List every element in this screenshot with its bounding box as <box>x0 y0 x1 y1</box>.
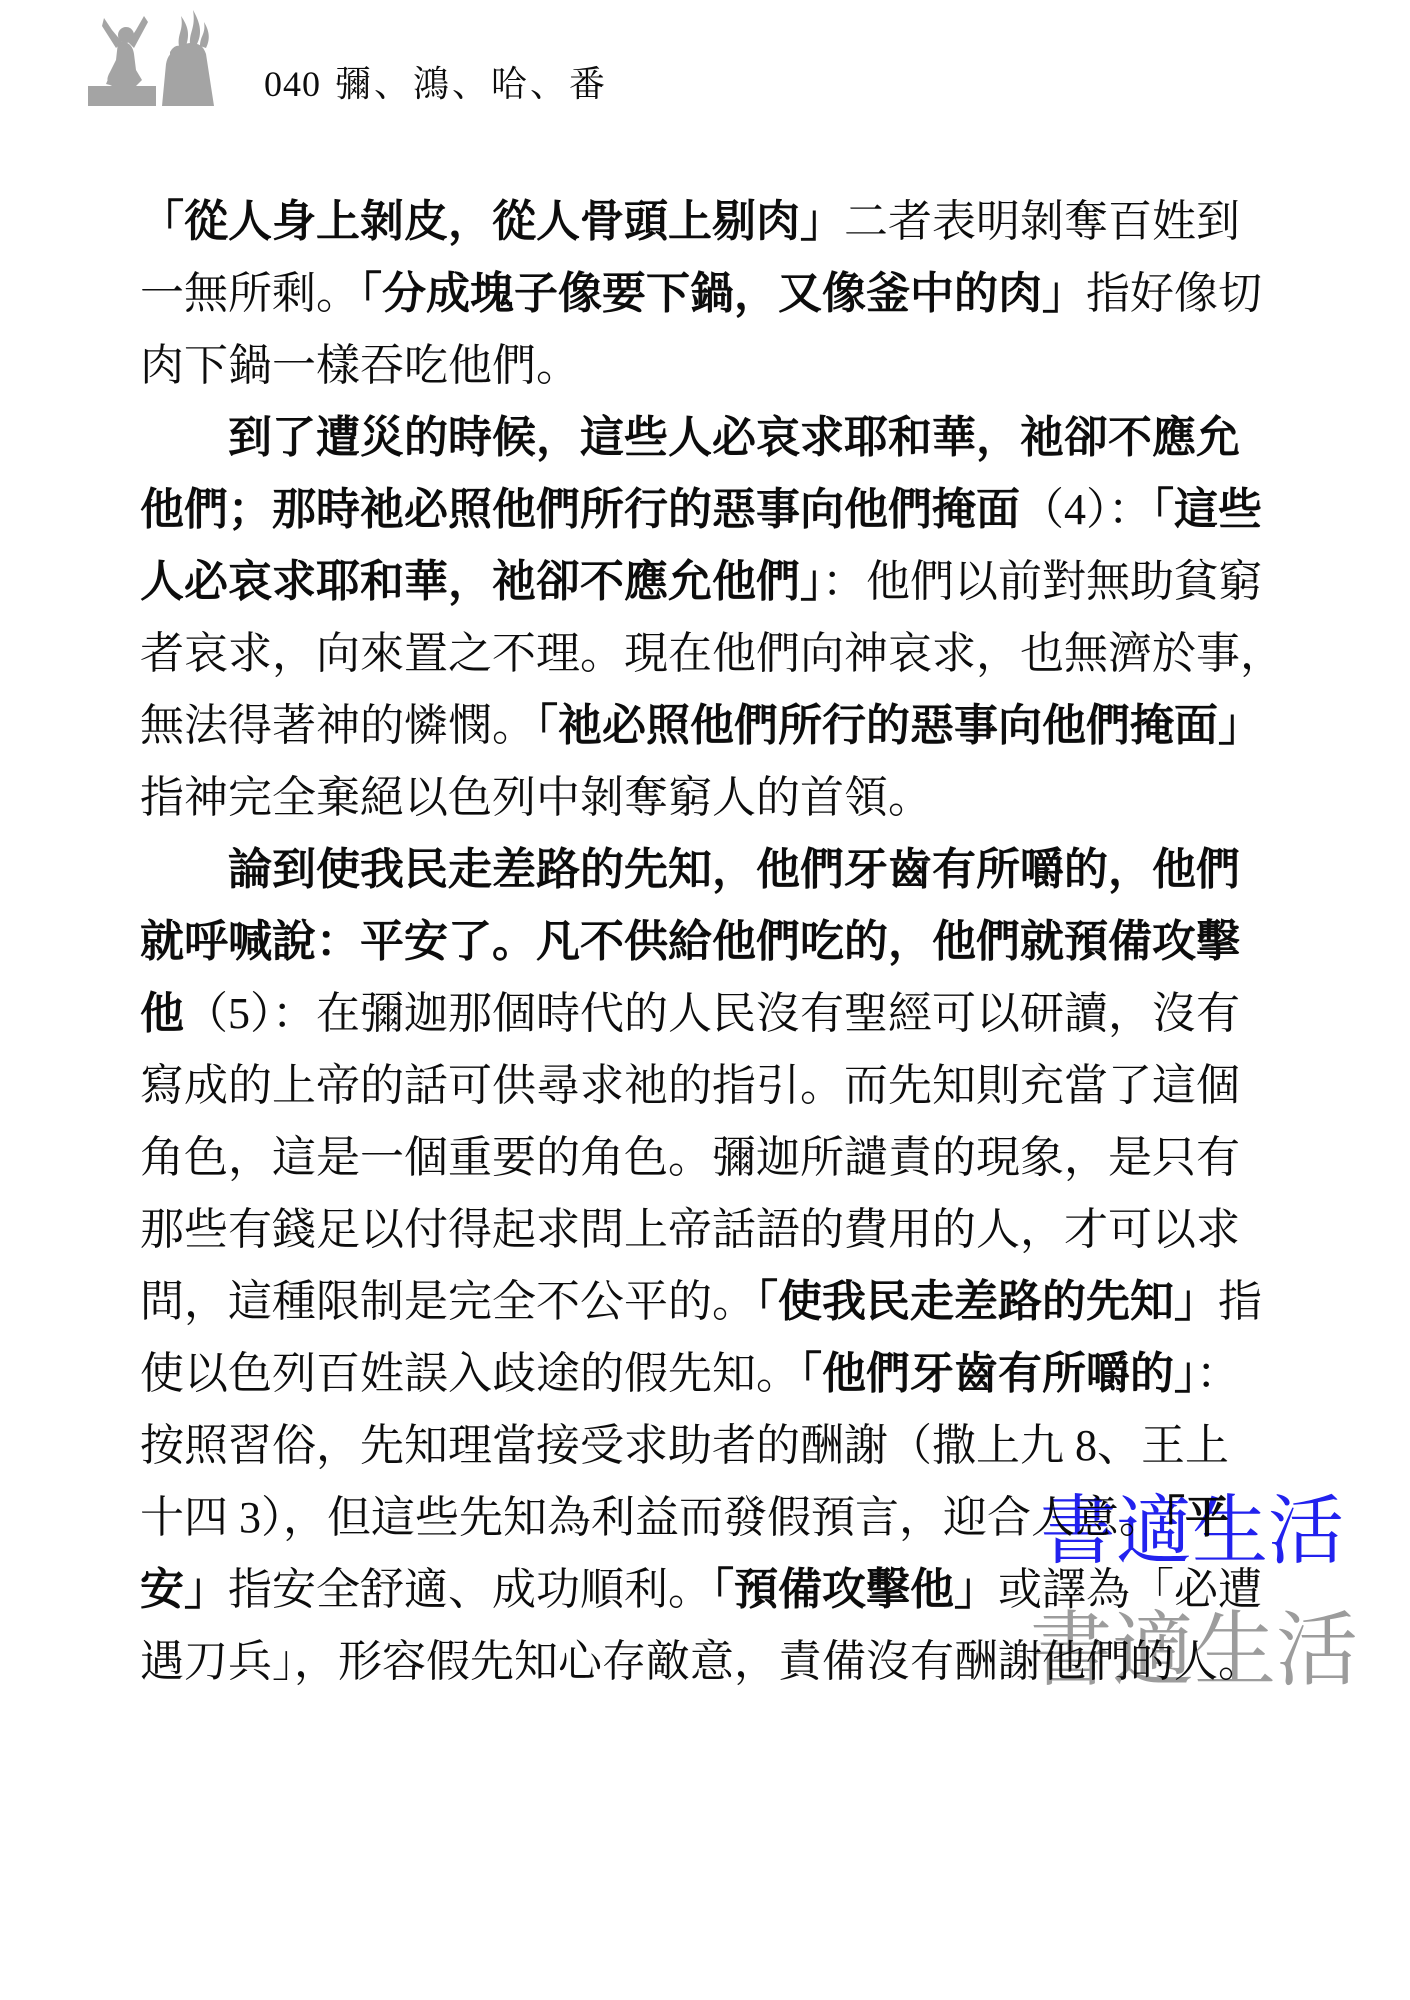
paragraph: 論到使我民走差路的先知，他們牙齒有所嚼的，他們就呼喊說：平安了。凡不供給他們吃的… <box>140 834 1186 1698</box>
book-abbreviations: 彌、鴻、哈、番 <box>335 64 608 104</box>
commentary-text: 者哀求，向來置之不理。現在他們向神哀求，也無濟於事， <box>140 629 1284 678</box>
page-header: 040彌、鴻、哈、番 <box>82 8 608 108</box>
bold-quote-text: 安」 <box>140 1565 228 1614</box>
commentary-text: 十四 3），但這些先知為利益而發假預言，迎合人意。 <box>140 1493 1163 1542</box>
bold-quote-text: 他們；那時祂必照他們所行的惡事向他們掩面 <box>140 485 1020 534</box>
running-head: 040彌、鴻、哈、番 <box>264 66 608 102</box>
bold-quote-text: 他 <box>140 989 184 1038</box>
text-line: 「從人身上剝皮，從人骨頭上剔肉」二者表明剝奪百姓到 <box>140 186 1186 258</box>
bold-quote-text: 就呼喊說：平安了。凡不供給他們吃的，他們就預備攻擊 <box>140 917 1240 966</box>
bold-quote-text: 「平 <box>1163 1493 1229 1542</box>
commentary-text: 一無所剩。 <box>140 269 360 318</box>
commentary-text: 遇刀兵」，形容假先知心存敵意，責備沒有酬謝他們的人。 <box>140 1637 1262 1686</box>
commentary-text: （5）：在彌迦那個時代的人民沒有聖經可以研讀，沒有 <box>184 989 1240 1038</box>
text-line: 指神完全棄絕以色列中剝奪窮人的首領。 <box>140 762 1186 834</box>
commentary-text: 無法得著神的憐憫。 <box>140 701 536 750</box>
book-page: 040彌、鴻、哈、番 「從人身上剝皮，從人骨頭上剔肉」二者表明剝奪百姓到一無所剩… <box>0 0 1410 2000</box>
bold-quote-text: 「從人身上剝皮，從人骨頭上剔肉」 <box>140 197 844 246</box>
text-line: 到了遭災的時候，這些人必哀求耶和華，祂卻不應允 <box>140 402 1186 474</box>
paragraph: 到了遭災的時候，這些人必哀求耶和華，祂卻不應允他們；那時祂必照他們所行的惡事向他… <box>140 402 1186 834</box>
bold-quote-text: 論到使我民走差路的先知，他們牙齒有所嚼的，他們 <box>228 845 1240 894</box>
bold-quote-text: 「分成塊子像要下鍋，又像釜中的肉」 <box>360 269 1086 318</box>
bold-quote-text: 「預備攻擊他」 <box>712 1565 998 1614</box>
commentary-text: （4）： <box>1020 485 1152 534</box>
bold-quote-text: 「祂必照他們所行的惡事向他們掩面」 <box>536 701 1262 750</box>
text-line: 安」指安全舒適、成功順利。「預備攻擊他」或譯為「必遭 <box>140 1554 1186 1626</box>
text-line: 一無所剩。「分成塊子像要下鍋，又像釜中的肉」指好像切 <box>140 258 1186 330</box>
commentary-text: 肉下鍋一樣吞吃他們。 <box>140 341 580 390</box>
text-line: 十四 3），但這些先知為利益而發假預言，迎合人意。「平 <box>140 1482 1186 1554</box>
page-body: 「從人身上剝皮，從人骨頭上剔肉」二者表明剝奪百姓到一無所剩。「分成塊子像要下鍋，… <box>140 186 1186 1698</box>
bold-quote-text: 「他們牙齒有所嚼的」 <box>800 1349 1196 1398</box>
text-line: 無法得著神的憐憫。「祂必照他們所行的惡事向他們掩面」 <box>140 690 1186 762</box>
text-line: 他們；那時祂必照他們所行的惡事向他們掩面（4）：「這些 <box>140 474 1186 546</box>
commentary-text: 指 <box>1218 1277 1262 1326</box>
text-line: 問，這種限制是完全不公平的。「使我民走差路的先知」指 <box>140 1266 1186 1338</box>
text-line: 使以色列百姓誤入歧途的假先知。「他們牙齒有所嚼的」： <box>140 1338 1186 1410</box>
text-line: 按照習俗，先知理當接受求助者的酬謝（撒上九 8、王上 <box>140 1410 1186 1482</box>
commentary-text: 那些有錢足以付得起求問上帝話語的費用的人，才可以求 <box>140 1205 1240 1254</box>
text-line: 肉下鍋一樣吞吃他們。 <box>140 330 1186 402</box>
commentary-text: ：他們以前對無助貧窮 <box>822 557 1262 606</box>
commentary-text: 二者表明剝奪百姓到 <box>844 197 1240 246</box>
text-line: 寫成的上帝的話可供尋求祂的指引。而先知則充當了這個 <box>140 1050 1186 1122</box>
commentary-text: 使以色列百姓誤入歧途的假先知。 <box>140 1349 800 1398</box>
paragraph: 「從人身上剝皮，從人骨頭上剔肉」二者表明剝奪百姓到一無所剩。「分成塊子像要下鍋，… <box>140 186 1186 402</box>
commentary-text: 角色，這是一個重要的角色。彌迦所譴責的現象，是只有 <box>140 1133 1240 1182</box>
commentary-text: 指神完全棄絕以色列中剝奪窮人的首領。 <box>140 773 932 822</box>
text-line: 角色，這是一個重要的角色。彌迦所譴責的現象，是只有 <box>140 1122 1186 1194</box>
text-line: 他（5）：在彌迦那個時代的人民沒有聖經可以研讀，沒有 <box>140 978 1186 1050</box>
commentary-text: 或譯為「必遭 <box>998 1565 1262 1614</box>
commentary-text: 按照習俗，先知理當接受求助者的酬謝（撒上九 8、王上 <box>140 1421 1229 1470</box>
commentary-text: 指好像切 <box>1086 269 1262 318</box>
bold-quote-text: 「使我民走差路的先知」 <box>756 1277 1218 1326</box>
text-line: 論到使我民走差路的先知，他們牙齒有所嚼的，他們 <box>140 834 1186 906</box>
text-line: 那些有錢足以付得起求問上帝話語的費用的人，才可以求 <box>140 1194 1186 1266</box>
commentary-text: 寫成的上帝的話可供尋求祂的指引。而先知則充當了這個 <box>140 1061 1240 1110</box>
text-line: 就呼喊說：平安了。凡不供給他們吃的，他們就預備攻擊 <box>140 906 1186 978</box>
bold-quote-text: 人必哀求耶和華，祂卻不應允他們」 <box>140 557 822 606</box>
page-number: 040 <box>264 64 321 104</box>
bold-quote-text: 到了遭災的時候，這些人必哀求耶和華，祂卻不應允 <box>228 413 1240 462</box>
commentary-text: 問，這種限制是完全不公平的。 <box>140 1277 756 1326</box>
commentary-text: ： <box>1196 1349 1240 1398</box>
text-line: 者哀求，向來置之不理。現在他們向神哀求，也無濟於事， <box>140 618 1186 690</box>
commentary-text: 指安全舒適、成功順利。 <box>228 1565 712 1614</box>
text-line: 人必哀求耶和華，祂卻不應允他們」：他們以前對無助貧窮 <box>140 546 1186 618</box>
praying-figure-altar-icon <box>82 8 242 108</box>
bold-quote-text: 「這些 <box>1152 485 1262 534</box>
text-line: 遇刀兵」，形容假先知心存敵意，責備沒有酬謝他們的人。 <box>140 1626 1186 1698</box>
